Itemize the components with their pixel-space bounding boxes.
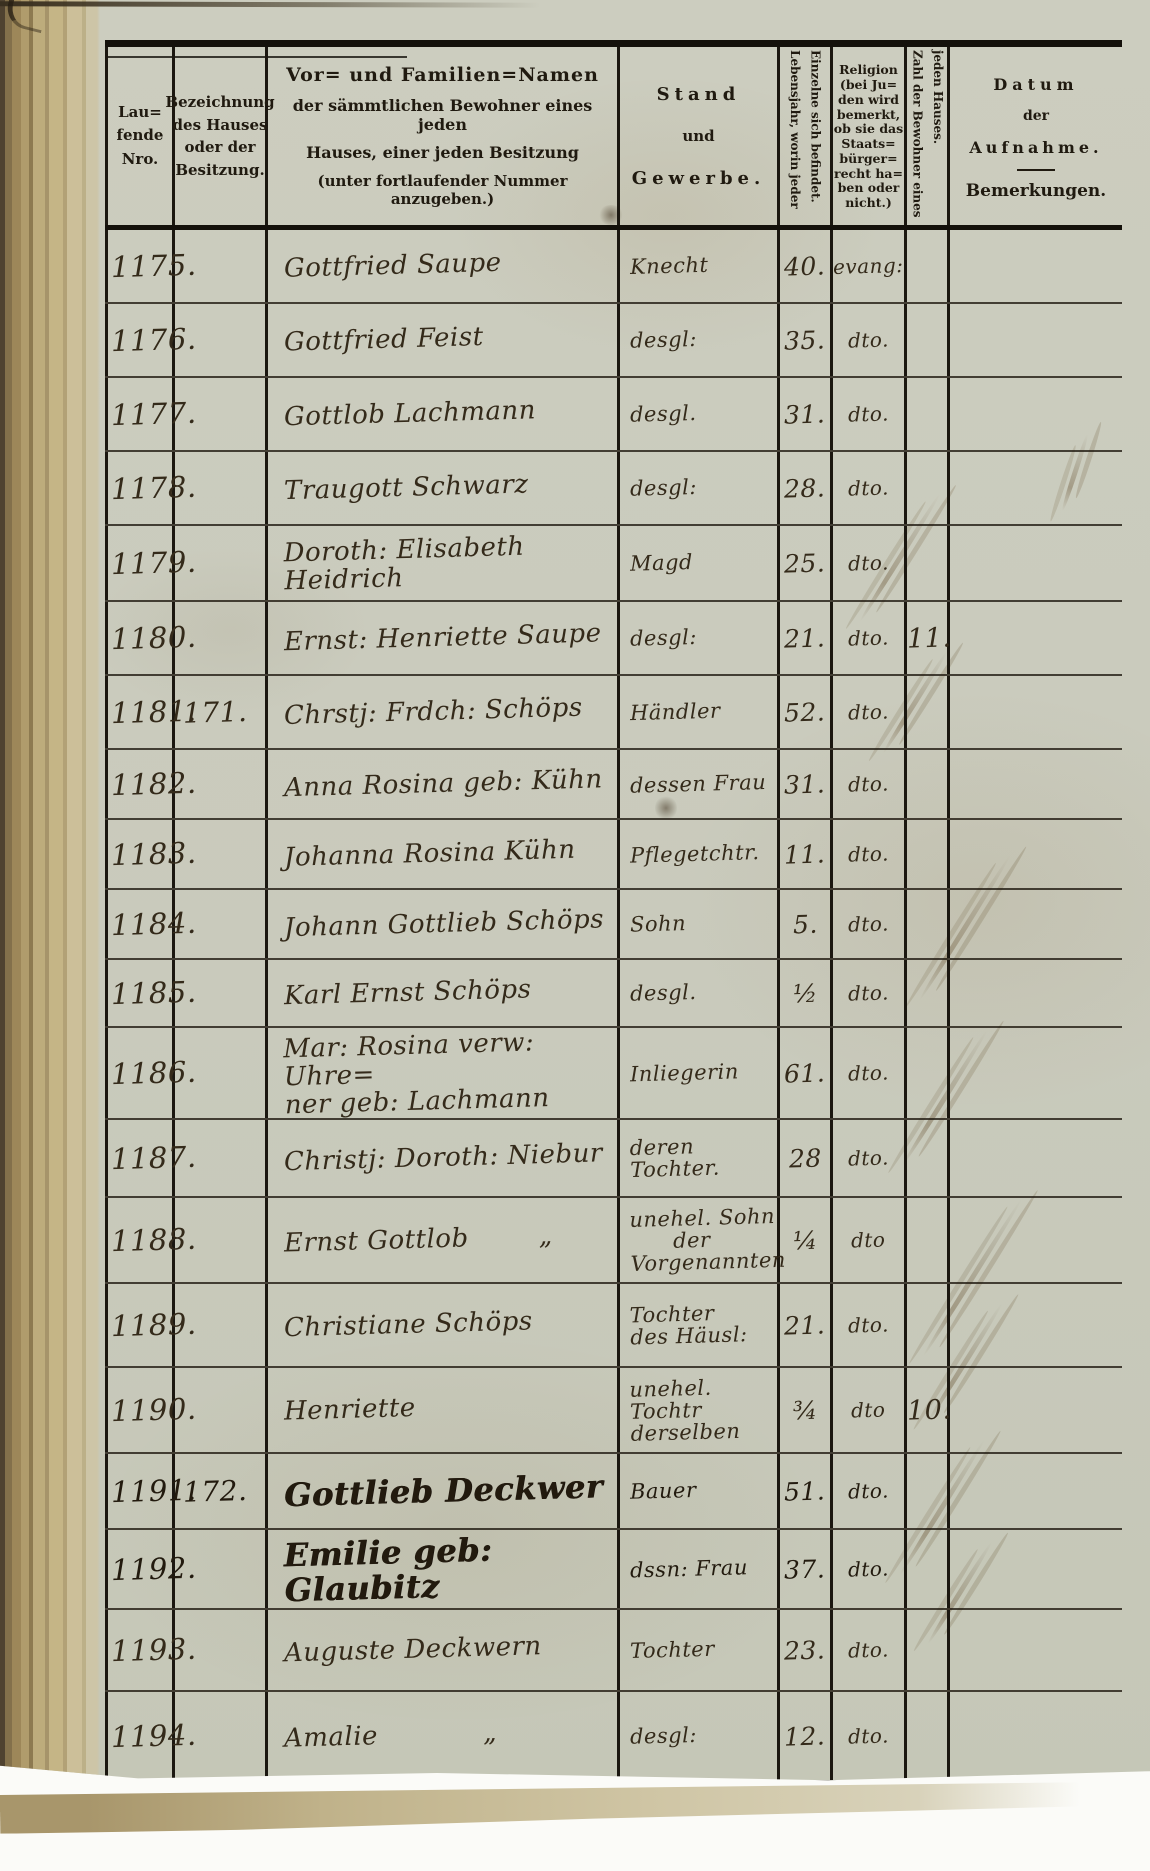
header-date-line1: Datum [993, 75, 1078, 94]
count-cell [907, 1692, 950, 1780]
status-occupation: dssn: Frau [620, 1556, 749, 1582]
age-cell: 40. [780, 230, 833, 302]
remark-cell [950, 1198, 1122, 1282]
age-value: 37. [784, 1554, 826, 1584]
status-occupation: desgl: [620, 476, 697, 500]
religion-cell: dto. [833, 378, 907, 450]
resident-name: Henriette [268, 1394, 416, 1426]
religion-cell: dto. [833, 304, 907, 376]
table-header-row: Lau= fende Nro. Bezeichnung des Hauses o… [105, 47, 1122, 230]
table-row: 1176. Gottfried Feist desgl: 35. dto. [105, 304, 1122, 378]
age-value: 61. [784, 1058, 826, 1088]
resident-name: Ernst Gottlob „ [268, 1222, 553, 1258]
name-cell: Mar: Rosina verw: Uhre= ner geb: Lachman… [268, 1028, 620, 1118]
row-number-cell: 1175. [105, 230, 175, 302]
religion-cell: evang: [833, 230, 907, 302]
status-occupation: desgl: [620, 328, 697, 352]
resident-name: Gottfried Saupe [268, 249, 502, 284]
age-value: 35. [784, 325, 826, 355]
resident-name: Karl Ernst Schöps [268, 975, 532, 1010]
count-cell [907, 1610, 950, 1690]
row-number-cell: 1177. [105, 378, 175, 450]
name-cell: Chrstj: Frdch: Schöps [268, 676, 620, 748]
age-value: ¼ [792, 1225, 818, 1255]
count-cell [907, 1198, 950, 1282]
age-cell: 52. [780, 676, 833, 748]
status-occupation: Magd [620, 551, 694, 575]
table-row: 1179. Doroth: Elisabeth Heidrich Magd 25… [105, 526, 1122, 602]
name-cell: Anna Rosina geb: Kühn [268, 750, 620, 818]
count-cell [907, 526, 950, 600]
status-occupation: Inliegerin [620, 1060, 739, 1085]
house-number-cell [175, 1028, 268, 1118]
row-number-cell: 1193. [105, 1610, 175, 1690]
resident-name: Emilie geb: Glaubitz [267, 1530, 618, 1609]
age-cell: 12. [780, 1692, 833, 1780]
age-cell: 11. [780, 820, 833, 888]
status-cell: Tochter des Häusl: [620, 1284, 780, 1366]
age-value: 31. [784, 399, 826, 429]
status-occupation: desgl: [620, 1724, 697, 1748]
age-value: 5. [792, 909, 818, 939]
house-number-cell [175, 1198, 268, 1282]
house-number-cell [175, 960, 268, 1026]
status-occupation: Sohn [620, 912, 687, 936]
age-value: 52. [784, 697, 826, 727]
table-row: 1191. 172. Gottlieb Deckwer Bauer 51. dt… [105, 1454, 1122, 1530]
count-cell [907, 1454, 950, 1528]
house-number-cell [175, 1530, 268, 1608]
remark-cell [950, 452, 1122, 524]
status-cell: dssn: Frau [620, 1530, 780, 1608]
religion-value: dto. [848, 550, 890, 575]
remark-cell [950, 890, 1122, 958]
age-cell: 51. [780, 1454, 833, 1528]
house-number-cell [175, 602, 268, 674]
religion-cell: dto. [833, 452, 907, 524]
table-row: 1175. Gottfried Saupe Knecht 40. evang: [105, 230, 1122, 304]
age-value: 21. [784, 1310, 826, 1340]
religion-cell: dto [833, 1368, 907, 1452]
remark-cell [950, 1120, 1122, 1196]
table-row: 1194. Amalie „ desgl: 12. dto. [105, 1692, 1122, 1782]
count-cell [907, 890, 950, 958]
status-cell: Knecht [620, 230, 780, 302]
age-cell: 23. [780, 1610, 833, 1690]
status-occupation: Pflegetchtr. [620, 841, 760, 867]
status-cell: desgl. [620, 378, 780, 450]
table-row: 1178. Traugott Schwarz desgl: 28. dto. [105, 452, 1122, 526]
name-cell: Christj: Doroth: Niebur [268, 1120, 620, 1196]
age-cell: 28 [780, 1120, 833, 1196]
religion-value: dto. [848, 1145, 890, 1170]
age-cell: 31. [780, 750, 833, 818]
header-date-remarks: Datum der Aufnahme. Bemerkungen. [950, 47, 1122, 225]
row-number-cell: 1176. [105, 304, 175, 376]
table-body: 1175. Gottfried Saupe Knecht 40. evang: … [105, 230, 1122, 1782]
resident-name: Chrstj: Frdch: Schöps [268, 694, 583, 731]
page-bottom-edges [0, 1782, 1080, 1834]
resident-name: Johann Gottlieb Schöps [268, 905, 605, 942]
status-cell: Bauer [620, 1454, 780, 1528]
row-number-cell: 1184. [105, 890, 175, 958]
resident-name: Traugott Schwarz [268, 470, 529, 505]
status-cell: dessen Frau [620, 750, 780, 818]
count-cell [907, 1284, 950, 1366]
row-number-cell: 1182. [105, 750, 175, 818]
age-cell: 25. [780, 526, 833, 600]
status-occupation: desgl. [620, 402, 697, 426]
age-cell: ½ [780, 960, 833, 1026]
house-number-cell: 172. [175, 1454, 268, 1528]
table-row: 1182. Anna Rosina geb: Kühn dessen Frau … [105, 750, 1122, 820]
house-number-cell [175, 1120, 268, 1196]
status-cell: desgl: [620, 452, 780, 524]
age-cell: 31. [780, 378, 833, 450]
count-cell: 10. [907, 1368, 950, 1452]
name-cell: Emilie geb: Glaubitz [268, 1530, 620, 1608]
count-cell [907, 230, 950, 302]
house-number-cell [175, 304, 268, 376]
religion-value: dto. [848, 625, 890, 650]
religion-cell: dto. [833, 1454, 907, 1528]
row-number-cell: 1192. [105, 1530, 175, 1608]
resident-name: Doroth: Elisabeth Heidrich [267, 530, 617, 596]
resident-name: Mar: Rosina verw: Uhre= ner geb: Lachman… [267, 1026, 618, 1120]
header-status-line2: und [682, 127, 714, 145]
age-value: ¾ [792, 1395, 818, 1425]
resident-name: Anna Rosina geb: Kühn [268, 765, 603, 802]
house-number-cell [175, 1368, 268, 1452]
religion-value: dto. [848, 1723, 890, 1748]
resident-name: Gottlob Lachmann [268, 396, 537, 432]
count-cell [907, 378, 950, 450]
row-number-cell: 1194. [105, 1692, 175, 1780]
status-occupation: unehel. Sohn der Vorgenannten [619, 1205, 786, 1276]
header-age: Lebensjahr, worin jeder Einzelne sich be… [780, 47, 833, 225]
row-number-cell: 1178. [105, 452, 175, 524]
age-cell: 37. [780, 1530, 833, 1608]
name-cell: Johanna Rosina Kühn [268, 820, 620, 888]
count-cell [907, 820, 950, 888]
house-number: 172. [175, 1473, 248, 1508]
remark-cell [950, 1692, 1122, 1780]
religion-cell: dto. [833, 1120, 907, 1196]
remark-cell [950, 1530, 1122, 1608]
house-number-cell [175, 378, 268, 450]
row-number-cell: 1181. [105, 676, 175, 748]
name-cell: Auguste Deckwern [268, 1610, 620, 1690]
age-value: 21. [784, 623, 826, 653]
status-occupation: Tochter [620, 1638, 715, 1663]
house-number-cell [175, 890, 268, 958]
name-cell: Ernst Gottlob „ [268, 1198, 620, 1282]
remark-cell [950, 820, 1122, 888]
age-cell: 21. [780, 1284, 833, 1366]
religion-value: dto. [848, 1060, 890, 1085]
count-cell [907, 960, 950, 1026]
religion-value: dto. [848, 1312, 890, 1337]
remark-cell [950, 676, 1122, 748]
header-remarks-label: Bemerkungen. [966, 181, 1106, 201]
name-cell: Amalie „ [268, 1692, 620, 1780]
religion-value: dto. [848, 327, 890, 352]
header-religion: Religion (bei Ju= den wird bemerkt, ob s… [833, 47, 907, 225]
religion-cell: dto. [833, 1530, 907, 1608]
age-value: 31. [784, 769, 826, 799]
status-cell: Pflegetchtr. [620, 820, 780, 888]
row-number-cell: 1183. [105, 820, 175, 888]
resident-name: Gottfried Feist [268, 323, 484, 357]
table-row: 1177. Gottlob Lachmann desgl. 31. dto. [105, 378, 1122, 452]
resident-name: Johanna Rosina Kühn [268, 836, 576, 873]
age-value: 11. [784, 839, 826, 869]
house-number-cell [175, 1692, 268, 1780]
religion-value: evang: [833, 253, 904, 279]
age-cell: 28. [780, 452, 833, 524]
name-cell: Traugott Schwarz [268, 452, 620, 524]
remark-cell [950, 378, 1122, 450]
header-status-line1: Stand [657, 84, 741, 105]
religion-value: dto. [848, 401, 890, 426]
count-cell [907, 750, 950, 818]
remark-cell [950, 1610, 1122, 1690]
table-row: 1186. Mar: Rosina verw: Uhre= ner geb: L… [105, 1028, 1122, 1120]
age-value: 28. [784, 473, 826, 503]
book-binding-edge [0, 0, 100, 1800]
table-row: 1188. Ernst Gottlob „ unehel. Sohn der V… [105, 1198, 1122, 1284]
status-occupation: dessen Frau [620, 771, 767, 797]
inhabitants-count: 11. [907, 622, 952, 654]
header-names-line2: der sämmtlichen Bewohner eines jeden [272, 96, 613, 134]
table-row: 1185. Karl Ernst Schöps desgl. ½ dto. [105, 960, 1122, 1028]
religion-cell: dto [833, 1198, 907, 1282]
table-row: 1181. 171. Chrstj: Frdch: Schöps Händler… [105, 676, 1122, 750]
religion-value: dto [851, 1228, 886, 1253]
house-number: 171. [175, 694, 248, 729]
status-cell: desgl: [620, 304, 780, 376]
status-cell: Sohn [620, 890, 780, 958]
remark-cell [950, 304, 1122, 376]
remark-cell [950, 526, 1122, 600]
count-cell [907, 1530, 950, 1608]
status-cell: Händler [620, 676, 780, 748]
age-value: 28 [788, 1143, 822, 1173]
row-number-cell: 1189. [105, 1284, 175, 1366]
header-running-number-label: Lau= fende Nro. [117, 101, 164, 171]
table-row: 1180. Ernst: Henriette Saupe desgl: 21. … [105, 602, 1122, 676]
table-row: 1192. Emilie geb: Glaubitz dssn: Frau 37… [105, 1530, 1122, 1610]
scanned-register-page: Lau= fende Nro. Bezeichnung des Hauses o… [0, 0, 1150, 1800]
header-status-trade: Stand und Gewerbe. [620, 47, 780, 225]
header-names-title: Vor= und Familien=Namen [286, 64, 599, 86]
status-cell: desgl: [620, 602, 780, 674]
count-cell [907, 304, 950, 376]
resident-name: Auguste Deckwern [268, 1632, 542, 1668]
name-cell: Ernst: Henriette Saupe [268, 602, 620, 674]
remark-cell [950, 602, 1122, 674]
count-cell [907, 676, 950, 748]
inhabitants-count: 10. [907, 1394, 952, 1426]
religion-cell: dto. [833, 820, 907, 888]
header-date-line2: der [1023, 108, 1049, 124]
age-cell: ¾ [780, 1368, 833, 1452]
status-cell: Magd [620, 526, 780, 600]
religion-cell: dto. [833, 602, 907, 674]
name-cell: Gottlob Lachmann [268, 378, 620, 450]
name-cell: Doroth: Elisabeth Heidrich [268, 526, 620, 600]
header-religion-label: Religion (bei Ju= den wird bemerkt, ob s… [834, 63, 903, 211]
status-occupation: Tochter des Häusl: [619, 1301, 747, 1349]
religion-cell: dto. [833, 960, 907, 1026]
table-row: 1183. Johanna Rosina Kühn Pflegetchtr. 1… [105, 820, 1122, 890]
row-number-cell: 1191. [105, 1454, 175, 1528]
house-number-cell: 171. [175, 676, 268, 748]
age-value: 51. [784, 1476, 826, 1506]
religion-cell: dto. [833, 890, 907, 958]
row-number-cell: 1180. [105, 602, 175, 674]
house-number-cell [175, 452, 268, 524]
name-cell: Henriette [268, 1368, 620, 1452]
status-cell: unehel. Sohn der Vorgenannten [620, 1198, 780, 1282]
religion-cell: dto. [833, 1284, 907, 1366]
remark-cell [950, 1368, 1122, 1452]
resident-name: Christiane Schöps [268, 1307, 533, 1342]
row-number-cell: 1187. [105, 1120, 175, 1196]
count-cell [907, 1028, 950, 1118]
status-cell: deren Tochter. [620, 1120, 780, 1196]
row-number-cell: 1179. [105, 526, 175, 600]
house-number-cell [175, 230, 268, 302]
religion-value: dto. [848, 1556, 890, 1581]
status-occupation: desgl. [620, 981, 697, 1005]
house-number-cell [175, 1610, 268, 1690]
house-number-cell [175, 820, 268, 888]
resident-name: Amalie „ [268, 1719, 498, 1753]
name-cell: Gottlieb Deckwer [268, 1454, 620, 1528]
age-value: 23. [784, 1635, 826, 1665]
house-number-cell [175, 526, 268, 600]
count-cell [907, 1120, 950, 1196]
census-table: Lau= fende Nro. Bezeichnung des Hauses o… [105, 40, 1122, 1834]
religion-value: dto. [848, 699, 890, 724]
row-number-cell: 1188. [105, 1198, 175, 1282]
name-cell: Karl Ernst Schöps [268, 960, 620, 1026]
name-cell: Christiane Schöps [268, 1284, 620, 1366]
religion-cell: dto. [833, 1028, 907, 1118]
header-status-line3: Gewerbe. [632, 168, 766, 189]
age-cell: 21. [780, 602, 833, 674]
age-value: 12. [784, 1721, 826, 1751]
age-cell: 5. [780, 890, 833, 958]
age-value: 40. [784, 251, 826, 281]
house-number-cell [175, 750, 268, 818]
count-cell: 11. [907, 602, 950, 674]
name-cell: Gottfried Feist [268, 304, 620, 376]
religion-cell: dto. [833, 676, 907, 748]
header-house-designation: Bezeichnung des Hauses oder der Besitzun… [175, 47, 268, 225]
status-cell: desgl: [620, 1692, 780, 1780]
header-names-line3: Hauses, einer jeden Besitzung [306, 143, 579, 162]
religion-value: dto. [848, 475, 890, 500]
age-value: ½ [792, 978, 818, 1008]
house-number-cell [175, 1284, 268, 1366]
status-occupation: desgl: [620, 626, 697, 650]
religion-cell: dto. [833, 1692, 907, 1780]
status-occupation: Händler [620, 700, 721, 725]
name-cell: Johann Gottlieb Schöps [268, 890, 620, 958]
table-row: 1187. Christj: Doroth: Niebur deren Toch… [105, 1120, 1122, 1198]
header-date-line3: Aufnahme. [969, 138, 1102, 157]
count-cell [907, 452, 950, 524]
remark-cell [950, 750, 1122, 818]
religion-cell: dto. [833, 750, 907, 818]
status-occupation: unehel. Tochtr derselben [619, 1375, 778, 1445]
row-number-cell: 1190. [105, 1368, 175, 1452]
header-divider-dash [1017, 169, 1055, 171]
status-cell: Inliegerin [620, 1028, 780, 1118]
age-cell: 35. [780, 304, 833, 376]
row-number-cell: 1186. [105, 1028, 175, 1118]
age-cell: ¼ [780, 1198, 833, 1282]
table-row: 1189. Christiane Schöps Tochter des Häus… [105, 1284, 1122, 1368]
religion-cell: dto. [833, 1610, 907, 1690]
remark-cell [950, 1284, 1122, 1366]
header-inhabitant-count: Zahl der Bewohner eines jeden Hauses. [907, 47, 950, 225]
header-names-line4: (unter fortlaufender Nummer anzugeben.) [272, 172, 613, 208]
name-cell: Gottfried Saupe [268, 230, 620, 302]
age-cell: 61. [780, 1028, 833, 1118]
remark-cell [950, 1028, 1122, 1118]
status-cell: Tochter [620, 1610, 780, 1690]
status-occupation: Knecht [620, 254, 709, 279]
status-occupation: deren Tochter. [619, 1135, 720, 1182]
status-cell: unehel. Tochtr derselben [620, 1368, 780, 1452]
religion-value: dto. [848, 841, 890, 866]
resident-name: Christj: Doroth: Niebur [268, 1139, 603, 1176]
table-row: 1190. Henriette unehel. Tochtr derselben… [105, 1368, 1122, 1454]
religion-cell: dto. [833, 526, 907, 600]
header-inhabitant-count-label: Zahl der Bewohner eines jeden Hauses. [907, 50, 948, 222]
religion-value: dto [851, 1398, 886, 1423]
header-house-designation-label: Bezeichnung des Hauses oder der Besitzun… [165, 91, 274, 181]
religion-value: dto. [848, 771, 890, 796]
religion-value: dto. [848, 1478, 890, 1503]
header-names: Vor= und Familien=Namen der sämmtlichen … [268, 47, 620, 225]
status-cell: desgl. [620, 960, 780, 1026]
resident-name: Ernst: Henriette Saupe [268, 619, 602, 656]
table-row: 1184. Johann Gottlieb Schöps Sohn 5. dto… [105, 890, 1122, 960]
age-value: 25. [784, 548, 826, 578]
religion-value: dto. [848, 911, 890, 936]
status-occupation: Bauer [620, 1479, 697, 1503]
remark-cell [950, 230, 1122, 302]
religion-value: dto. [848, 980, 890, 1005]
remark-cell [950, 960, 1122, 1026]
resident-name: Gottlieb Deckwer [268, 1469, 604, 1513]
row-number-cell: 1185. [105, 960, 175, 1026]
remark-cell [950, 1454, 1122, 1528]
header-age-label: Lebensjahr, worin jeder Einzelne sich be… [785, 50, 826, 222]
religion-value: dto. [848, 1637, 890, 1662]
table-row: 1193. Auguste Deckwern Tochter 23. dto. [105, 1610, 1122, 1692]
